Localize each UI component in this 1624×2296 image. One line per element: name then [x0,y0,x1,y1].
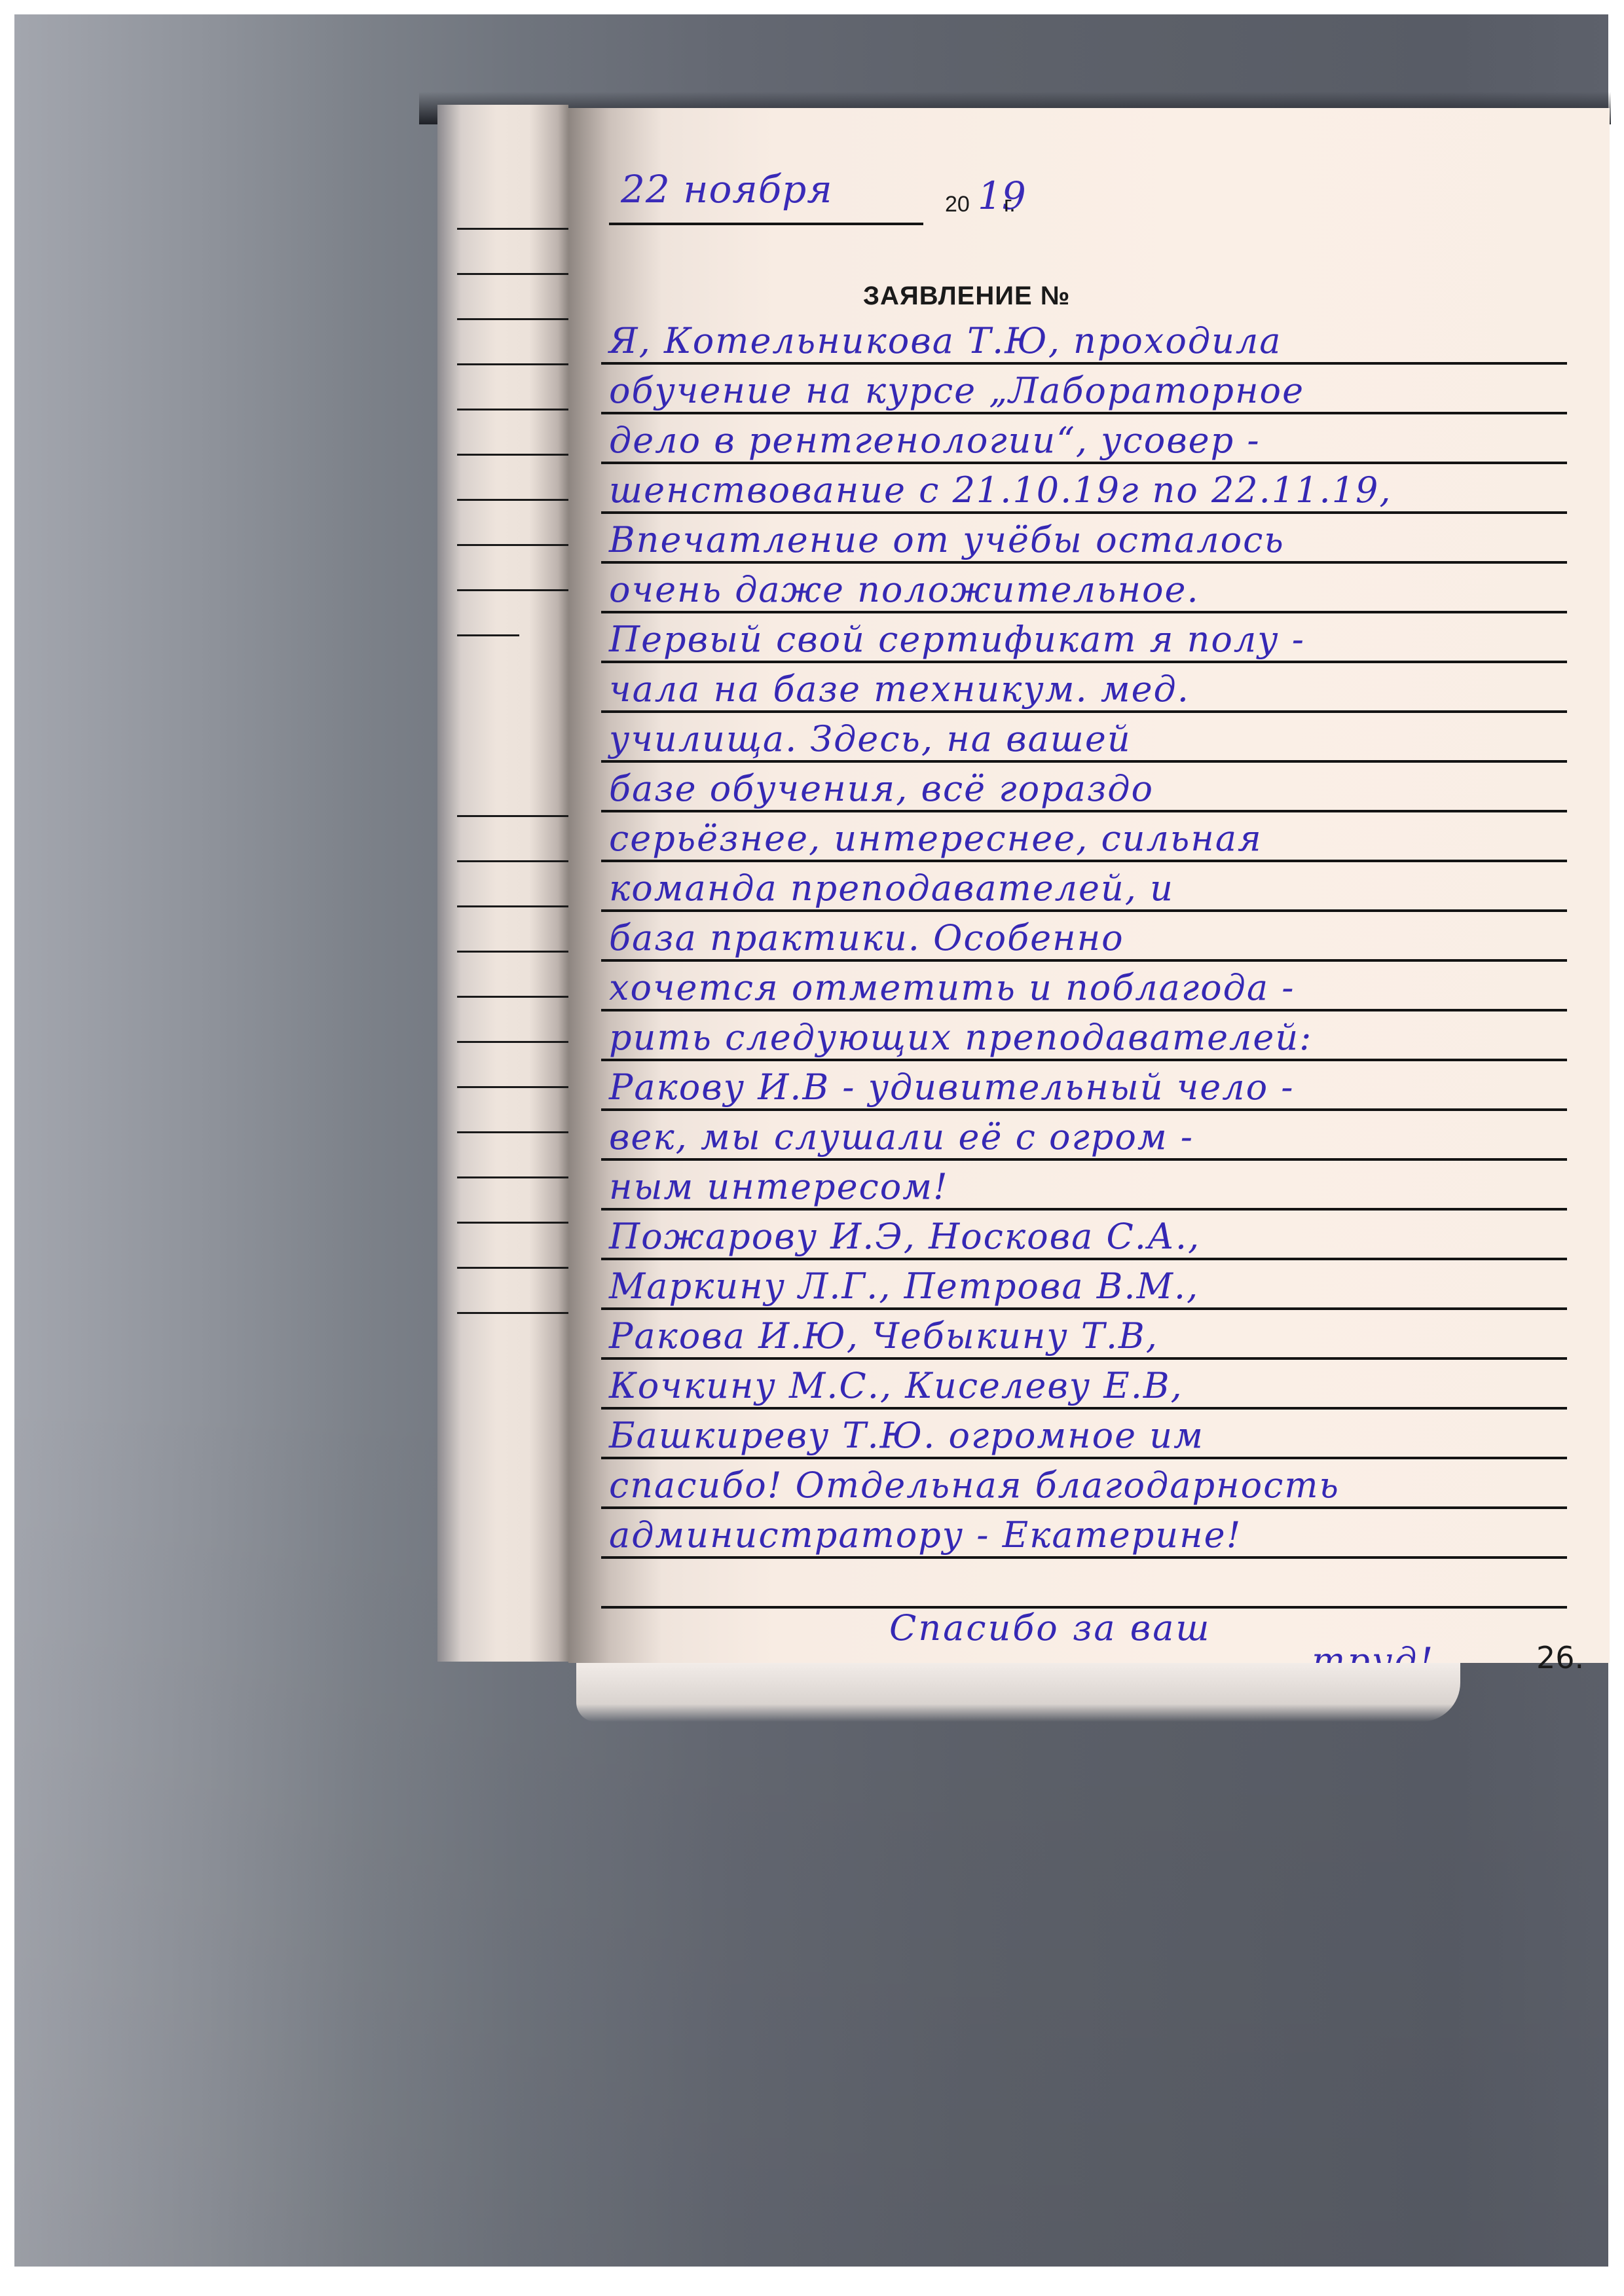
handwritten-line: хочется отметить и поблагода - [609,967,1572,1008]
ruled-line [601,1009,1567,1011]
handwritten-line: Пожарову И.Э, Носкова С.А., [609,1216,1572,1257]
ruled-line [601,511,1567,514]
page-number: 26. [1536,1640,1584,1675]
handwritten-line: Башкиреву Т.Ю. огромное им [609,1415,1572,1456]
handwritten-line: серьёзнее, интереснее, сильная [609,818,1572,859]
handwritten-line: Впечатление от учёбы осталось [609,519,1572,560]
ruled-line [601,661,1567,663]
ruled-line [601,1506,1567,1509]
left-page-rule [457,409,568,410]
left-page-rule [457,363,568,365]
ruled-line [601,860,1567,862]
ruled-line [601,611,1567,613]
ruled-line [601,1556,1567,1559]
handwritten-line: Кочкину М.С., Киселеву Е.В, [609,1365,1572,1406]
ruled-line [601,462,1567,464]
left-page-rule [457,544,568,546]
document-title: ЗАЯВЛЕНИЕ № [863,282,1070,311]
left-page-rule [457,228,568,230]
notebook-page: 22 ноября 20 19 г. ЗАЯВЛЕНИЕ № Я, Котель… [568,108,1610,1663]
left-page-rule [457,860,568,862]
ruled-line [601,1357,1567,1360]
left-page-rule [457,1131,568,1133]
handwritten-line: спасибо! Отдельная благодарность [609,1465,1572,1506]
ruled-line [601,810,1567,812]
ruled-line [601,412,1567,414]
date-handwritten: 22 ноября [621,167,833,211]
left-page-rule [457,499,568,501]
ruled-line [601,1307,1567,1310]
left-page-rule [457,589,568,591]
left-page-rule [457,1267,568,1269]
ruled-line [601,1108,1567,1111]
left-page-rule [457,318,568,320]
ruled-line [601,710,1567,713]
ruled-line [601,959,1567,962]
handwritten-line: команда преподавателей, и [609,867,1572,909]
left-page-edge [437,105,568,1662]
handwritten-line: Маркину Л.Г., Петрова В.М., [609,1266,1572,1307]
handwritten-line: Первый свой сертификат я полу - [609,619,1572,660]
year-printed-prefix: 20 [945,192,970,217]
left-page-rule [457,1312,568,1314]
handwritten-line: училища. Здесь, на вашей [609,718,1572,759]
left-page-rule [457,905,568,907]
closing-line-1: Спасибо за ваш [889,1607,1211,1649]
handwritten-line: администратору - Екатерине! [609,1514,1572,1556]
handwritten-line: Ракова И.Ю, Чебыкину Т.В, [609,1315,1572,1357]
page-curl [576,1663,1460,1722]
ruled-line [601,909,1567,912]
ruled-line [601,1457,1567,1459]
handwritten-line: базе обучения, всё гораздо [609,768,1572,809]
left-page-rule [457,996,568,998]
left-page-rule [457,1176,568,1178]
left-page-rule [457,1041,568,1043]
handwritten-line: рить следующих преподавателей: [609,1017,1572,1058]
handwritten-line: Ракову И.В - удивительный чело - [609,1066,1572,1108]
handwritten-line: Я, Котельникова Т.Ю, проходила [609,320,1572,361]
year-printed-suffix: г. [1004,192,1016,217]
left-page-rule [457,1222,568,1224]
year-handwritten: 19 [978,173,1026,218]
handwritten-line: база практики. Особенно [609,917,1572,958]
left-page-rule [457,454,568,456]
left-page-rule [457,951,568,953]
ruled-line [601,760,1567,763]
ruled-line [601,1059,1567,1061]
date-underline [609,223,923,225]
ruled-line [601,1258,1567,1260]
ruled-line [601,362,1567,365]
ruled-line [601,1407,1567,1410]
handwritten-line: дело в рентгенологии“, усовер - [609,420,1572,461]
ruled-line [601,1208,1567,1211]
handwritten-line: век, мы слушали её с огром - [609,1116,1572,1157]
handwritten-line: чала на базе техникум. мед. [609,668,1572,710]
handwritten-line: обучение на курсе „Лабораторное [609,370,1572,411]
ruled-line [601,561,1567,564]
handwritten-line: шенствование с 21.10.19г по 22.11.19, [609,469,1572,511]
left-page-rule [457,634,519,636]
left-page-rule [457,815,568,817]
left-page-rule [457,273,568,275]
handwritten-line: ным интересом! [609,1166,1572,1207]
ruled-line [601,1158,1567,1161]
left-page-rule [457,1086,568,1088]
handwritten-line: очень даже положительное. [609,569,1572,610]
